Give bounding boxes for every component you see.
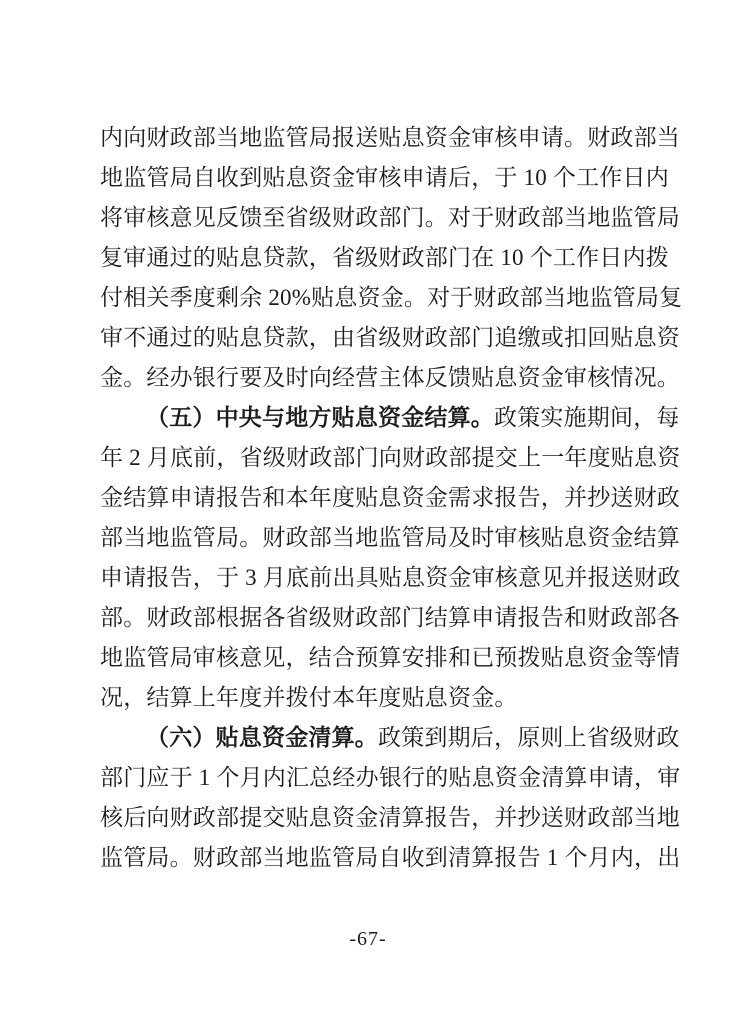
text-line: 金结算申请报告和本年度贴息资金需求报告，并抄送财政 bbox=[100, 478, 636, 518]
text-line: 核后向财政部提交贴息资金清算报告，并抄送财政部当地 bbox=[100, 798, 636, 838]
section-heading-6: （六）贴息资金清算。 bbox=[146, 725, 378, 750]
text-line: 内向财政部当地监管局报送贴息资金审核申请。财政部当 bbox=[100, 118, 636, 158]
text-run: 政策到期后，原则上省级财政 bbox=[378, 725, 680, 750]
text-run: 政策实施期间，每 bbox=[494, 405, 680, 430]
text-line: 审不通过的贴息贷款，由省级财政部门追缴或扣回贴息资 bbox=[100, 318, 636, 358]
text-line: 复审通过的贴息贷款，省级财政部门在 10 个工作日内拨 bbox=[100, 238, 636, 278]
text-line: 将审核意见反馈至省级财政部门。对于财政部当地监管局 bbox=[100, 198, 636, 238]
text-line: 部当地监管局。财政部当地监管局及时审核贴息资金结算 bbox=[100, 518, 636, 558]
text-line: 况，结算上年度并拨付本年度贴息资金。 bbox=[100, 678, 636, 718]
text-line: 申请报告，于 3 月底前出具贴息资金审核意见并报送财政 bbox=[100, 558, 636, 598]
text-line: 监管局。财政部当地监管局自收到清算报告 1 个月内，出 bbox=[100, 838, 636, 878]
document-body: 内向财政部当地监管局报送贴息资金审核申请。财政部当 地监管局自收到贴息资金审核申… bbox=[100, 118, 636, 878]
text-line: 付相关季度剩余 20%贴息资金。对于财政部当地监管局复 bbox=[100, 278, 636, 318]
text-line: 地监管局自收到贴息资金审核申请后，于 10 个工作日内 bbox=[100, 158, 636, 198]
text-line: 年 2 月底前，省级财政部门向财政部提交上一年度贴息资 bbox=[100, 438, 636, 478]
text-line: 部。财政部根据各省级财政部门结算申请报告和财政部各 bbox=[100, 598, 636, 638]
document-page: 内向财政部当地监管局报送贴息资金审核申请。财政部当 地监管局自收到贴息资金审核申… bbox=[0, 0, 736, 1009]
section-heading-5: （五）中央与地方贴息资金结算。 bbox=[146, 405, 494, 430]
page-number: -67- bbox=[0, 924, 736, 954]
text-line: 金。经办银行要及时向经营主体反馈贴息资金审核情况。 bbox=[100, 358, 636, 398]
paragraph-start-section-5: （五）中央与地方贴息资金结算。政策实施期间，每 bbox=[100, 398, 636, 438]
text-line: 地监管局审核意见，结合预算安排和已预拨贴息资金等情 bbox=[100, 638, 636, 678]
text-line: 部门应于 1 个月内汇总经办银行的贴息资金清算申请，审 bbox=[100, 758, 636, 798]
paragraph-start-section-6: （六）贴息资金清算。政策到期后，原则上省级财政 bbox=[100, 718, 636, 758]
